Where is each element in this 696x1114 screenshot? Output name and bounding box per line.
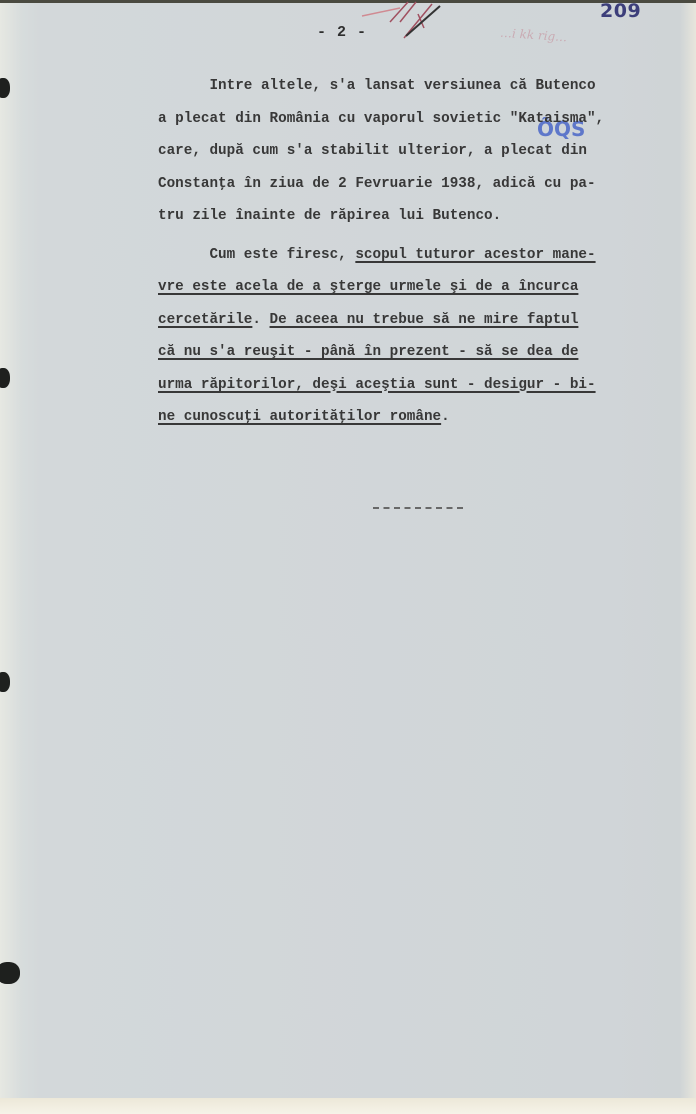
underlined-text: urma răpitorilor, deşi aceştia sunt - de…	[158, 377, 596, 393]
underlined-text: vre este acela de a şterge urmele şi de …	[158, 279, 578, 295]
text-line: că nu s'a reuşit - până în prezent - să …	[158, 336, 678, 369]
page-bottom-edge	[0, 1098, 696, 1114]
binder-hole-icon	[0, 368, 10, 388]
text-line: urma răpitorilor, deşi aceştia sunt - de…	[158, 369, 678, 402]
handwritten-annotation: …i kk rig…	[500, 26, 568, 45]
underlined-text: că nu s'a reuşit - până în prezent - să …	[158, 344, 578, 360]
handwritten-scribble-icon	[360, 0, 450, 40]
document-page: - 2 - 209 …i kk rig… ÔQS Intre altele, s…	[0, 0, 696, 1100]
text-segment: Intre altele, s'a lansat versiunea că Bu…	[158, 78, 596, 94]
text-line: vre este acela de a şterge urmele şi de …	[158, 271, 678, 304]
text-segment: .	[441, 409, 450, 425]
text-line: ne cunoscuţi autorităţilor române.	[158, 401, 678, 434]
text-line: a plecat din România cu vaporul sovietic…	[158, 103, 678, 136]
paragraph: Cum este firesc, scopul tuturor acestor …	[158, 239, 678, 434]
archive-stamp-number: 209	[600, 0, 641, 22]
underlined-text: De aceea nu trebue să ne mire faptul	[270, 312, 579, 328]
binder-hole-icon	[0, 962, 20, 984]
paragraph: Intre altele, s'a lansat versiunea că Bu…	[158, 70, 678, 233]
typed-body-text: Intre altele, s'a lansat versiunea că Bu…	[158, 70, 678, 434]
text-segment: a plecat din România cu vaporul sovietic…	[158, 111, 604, 127]
text-line: tru zile înainte de răpirea lui Butenco.	[158, 200, 678, 233]
text-line: Cum este firesc, scopul tuturor acestor …	[158, 239, 678, 272]
underlined-text: cercetările	[158, 312, 252, 328]
page-number: - 2 -	[317, 24, 367, 41]
end-divider-line	[373, 507, 463, 509]
text-segment: .	[252, 312, 269, 328]
binder-hole-icon	[0, 78, 10, 98]
text-segment: tru zile înainte de răpirea lui Butenco.	[158, 208, 501, 224]
underlined-text: scopul tuturor acestor mane-	[355, 247, 595, 263]
text-line: Intre altele, s'a lansat versiunea că Bu…	[158, 70, 678, 103]
text-line: Constanţa în ziua de 2 Fevruarie 1938, a…	[158, 168, 678, 201]
binder-hole-icon	[0, 672, 10, 692]
underlined-text: ne cunoscuţi autorităţilor române	[158, 409, 441, 425]
text-segment: Cum este firesc,	[158, 247, 355, 263]
text-line: care, după cum s'a stabilit ulterior, a …	[158, 135, 678, 168]
text-segment: Constanţa în ziua de 2 Fevruarie 1938, a…	[158, 176, 596, 192]
text-segment: care, după cum s'a stabilit ulterior, a …	[158, 143, 587, 159]
page-top-edge	[0, 0, 696, 3]
text-line: cercetările. De aceea nu trebue să ne mi…	[158, 304, 678, 337]
